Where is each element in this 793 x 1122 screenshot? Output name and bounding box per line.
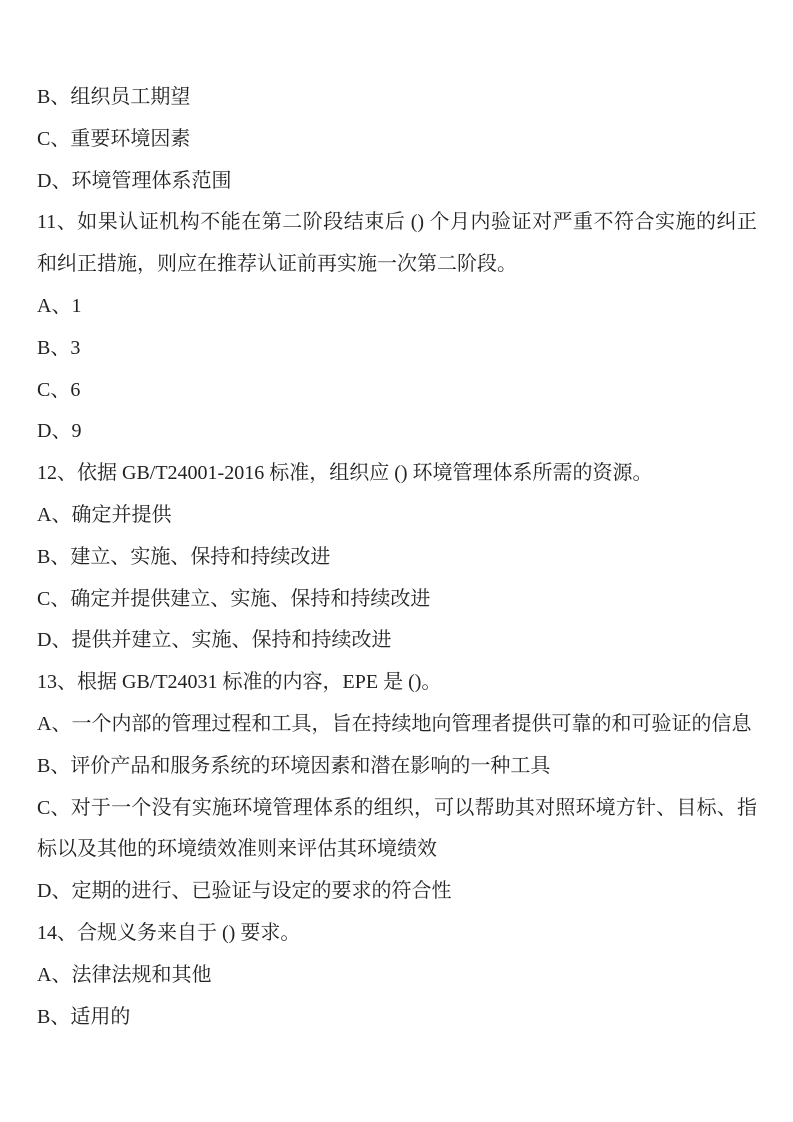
question-12-option-c: C、确定并提供建立、实施、保持和持续改进 — [37, 579, 757, 621]
question-12-option-b: B、建立、实施、保持和持续改进 — [37, 537, 757, 579]
carryover-option-c: C、重要环境因素 — [37, 119, 757, 161]
question-12-option-d: D、提供并建立、实施、保持和持续改进 — [37, 620, 757, 662]
carryover-option-b: B、组织员工期望 — [37, 77, 757, 119]
question-14-option-a: A、法律法规和其他 — [37, 955, 757, 997]
question-11-option-c: C、6 — [37, 370, 757, 412]
question-14-text: 14、合规义务来自于 () 要求。 — [37, 913, 757, 955]
question-13-option-c: C、对于一个没有实施环境管理体系的组织，可以帮助其对照环境方针、目标、指标以及其… — [37, 788, 757, 872]
question-11-option-d: D、9 — [37, 411, 757, 453]
exam-document-page: B、组织员工期望 C、重要环境因素 D、环境管理体系范围 11、如果认证机构不能… — [0, 0, 793, 1122]
question-12-option-a: A、确定并提供 — [37, 495, 757, 537]
question-11-option-b: B、3 — [37, 328, 757, 370]
question-11-option-a: A、1 — [37, 286, 757, 328]
question-13-option-d: D、定期的进行、已验证与设定的要求的符合性 — [37, 871, 757, 913]
question-14-option-b: B、适用的 — [37, 997, 757, 1039]
question-13-text: 13、根据 GB/T24031 标准的内容，EPE 是 ()。 — [37, 662, 757, 704]
question-13-option-b: B、评价产品和服务系统的环境因素和潜在影响的一种工具 — [37, 746, 757, 788]
question-12-text: 12、依据 GB/T24001-2016 标准，组织应 () 环境管理体系所需的… — [37, 453, 757, 495]
question-11-text: 11、如果认证机构不能在第二阶段结束后 () 个月内验证对严重不符合实施的纠正和… — [37, 202, 757, 286]
carryover-option-d: D、环境管理体系范围 — [37, 161, 757, 203]
question-13-option-a: A、一个内部的管理过程和工具，旨在持续地向管理者提供可靠的和可验证的信息 — [37, 704, 757, 746]
